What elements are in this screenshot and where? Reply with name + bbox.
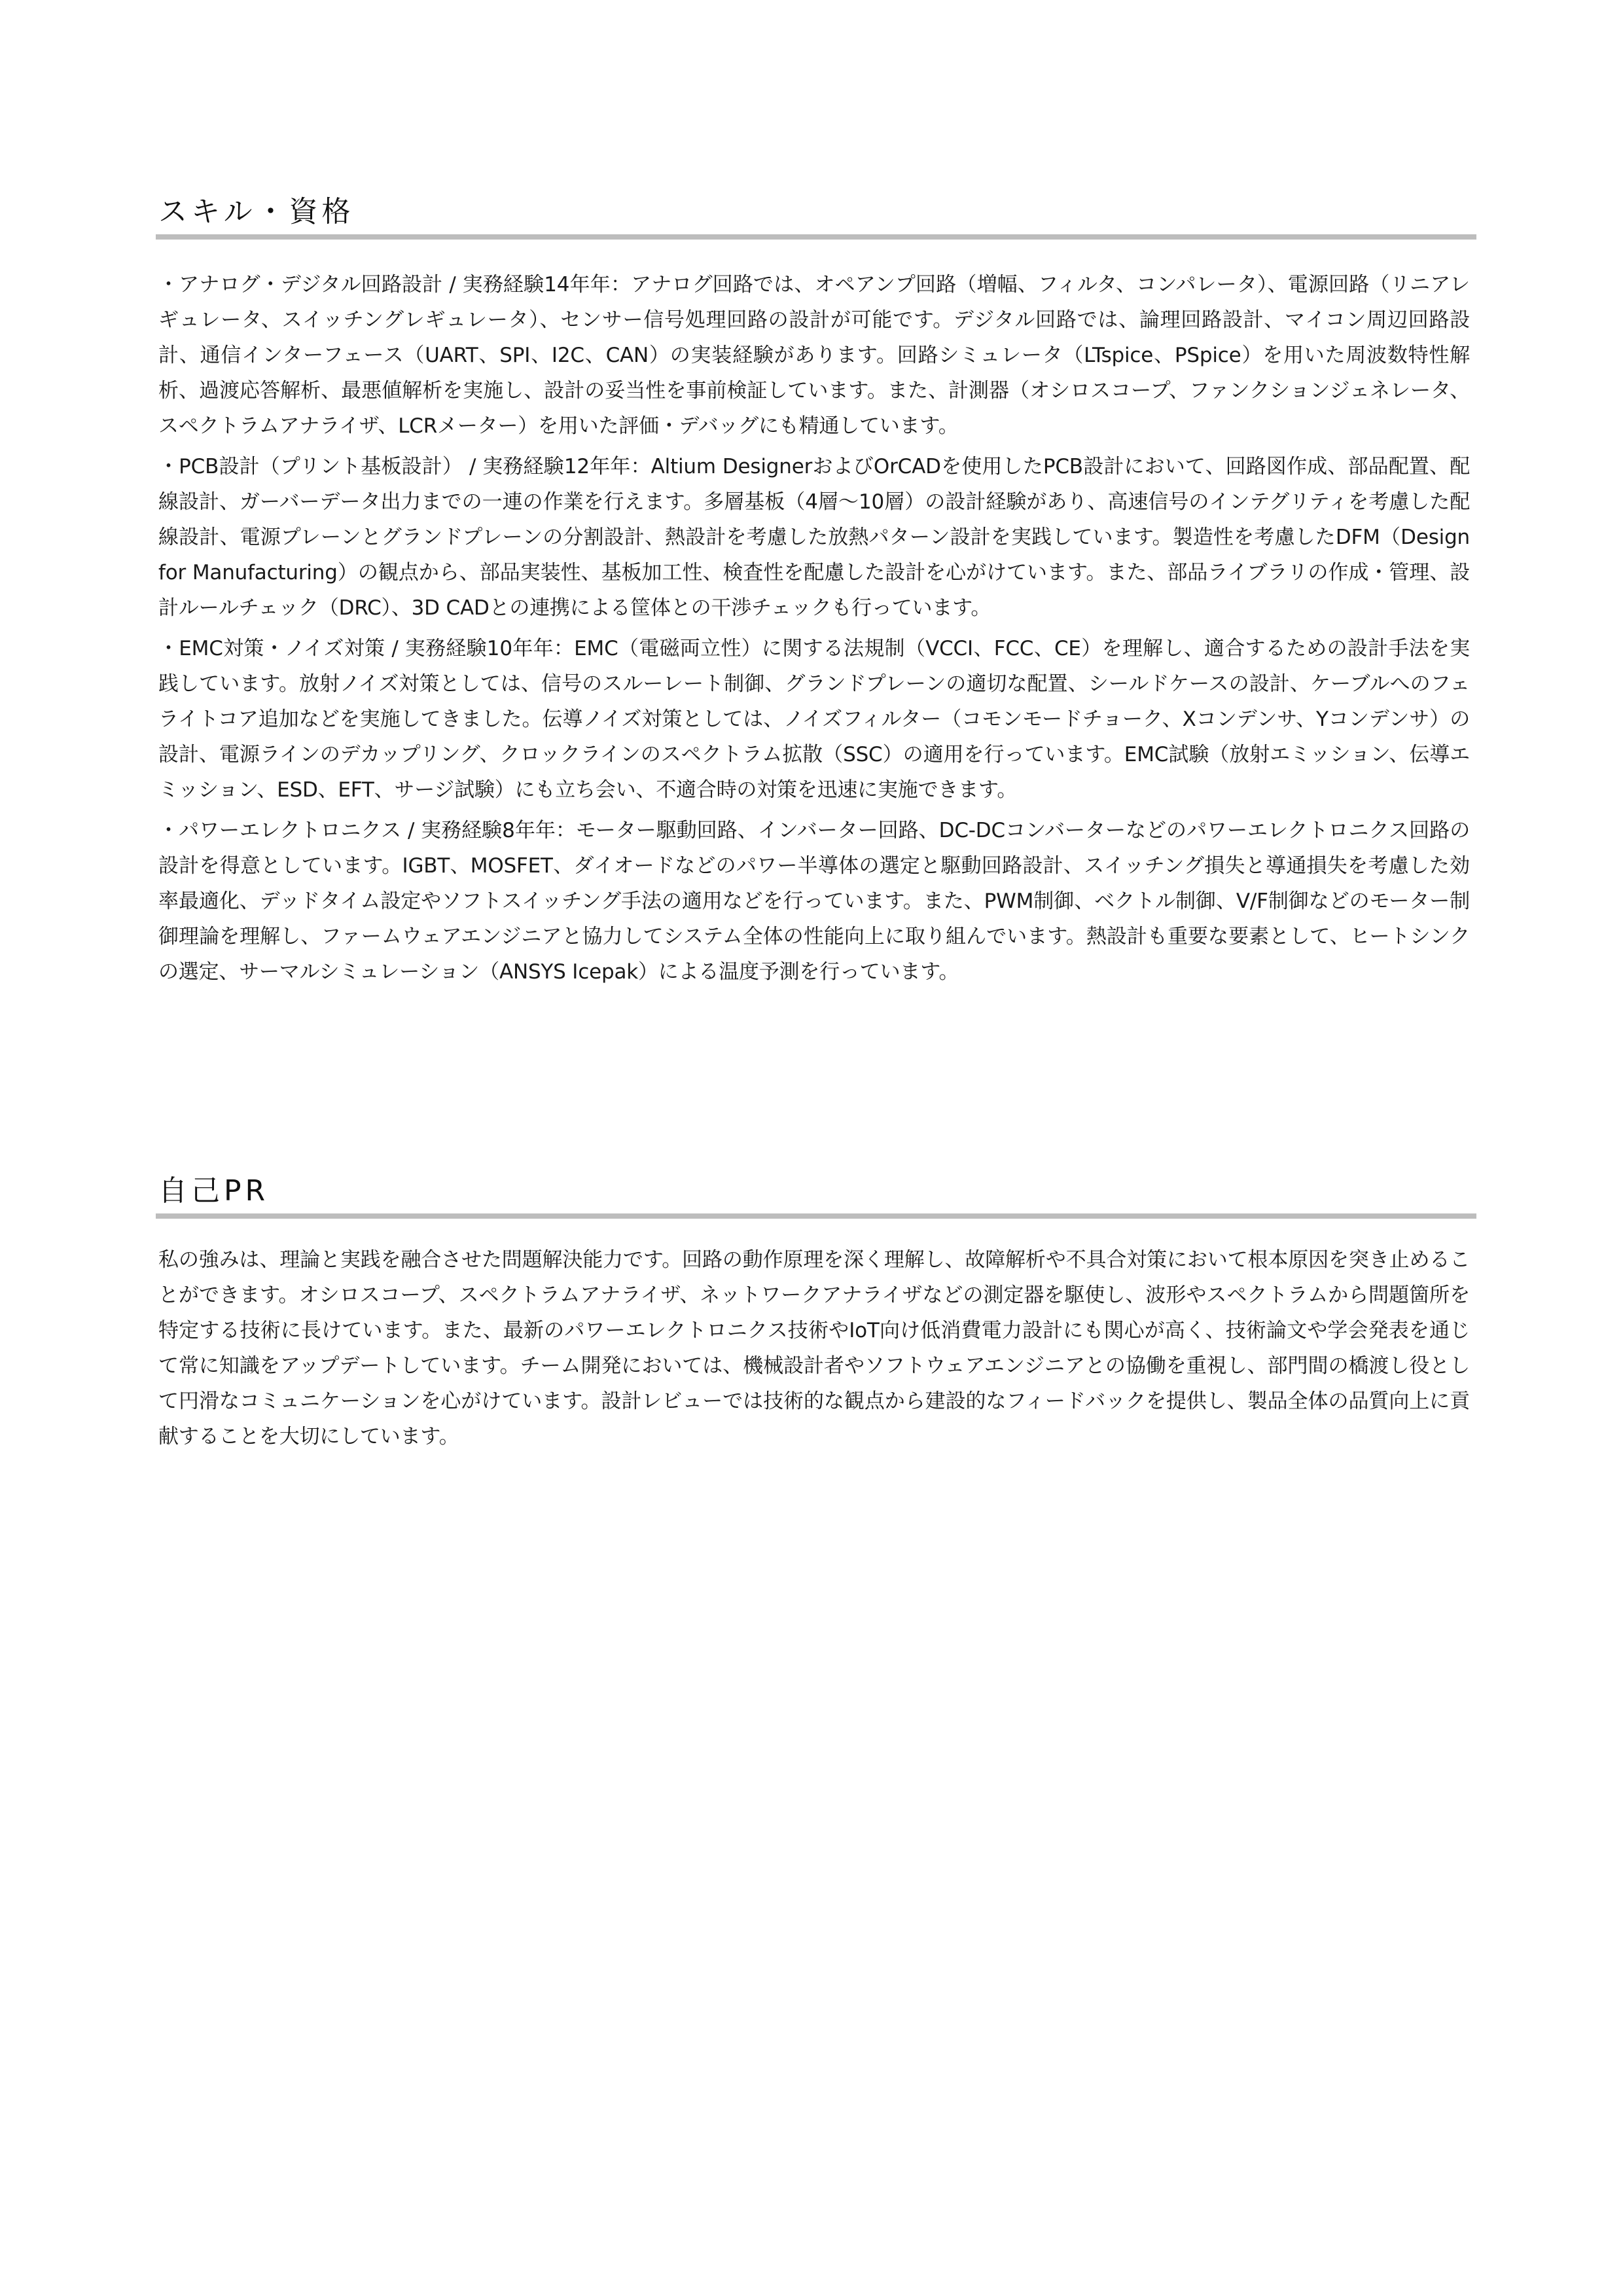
skills-heading: スキル・資格 xyxy=(156,194,1476,230)
skill-item-pcb-design: ・PCB設計（プリント基板設計） / 実務経験12年年：Altium Desig… xyxy=(158,449,1470,626)
skill-item-emc: ・EMC対策・ノイズ対策 / 実務経験10年年：EMC（電磁両立性）に関する法規… xyxy=(158,631,1470,808)
skills-section: スキル・資格 ・アナログ・デジタル回路設計 / 実務経験14年年：アナログ回路で… xyxy=(156,194,1476,995)
self-pr-heading-rule xyxy=(156,1213,1476,1219)
skills-list: ・アナログ・デジタル回路設計 / 実務経験14年年：アナログ回路では、オペアンプ… xyxy=(156,267,1476,990)
skill-item-power-electronics: ・パワーエレクトロニクス / 実務経験8年年：モーター駆動回路、インバーター回路… xyxy=(158,813,1470,990)
self-pr-section: 自己PR 私の強みは、理論と実践を融合させた問題解決能力です。回路の動作原理を深… xyxy=(156,1173,1476,1454)
self-pr-heading: 自己PR xyxy=(156,1173,1476,1210)
skill-item-analog-digital: ・アナログ・デジタル回路設計 / 実務経験14年年：アナログ回路では、オペアンプ… xyxy=(158,267,1470,444)
self-pr-body: 私の強みは、理論と実践を融合させた問題解決能力です。回路の動作原理を深く理解し、… xyxy=(156,1242,1476,1454)
skills-heading-rule xyxy=(156,234,1476,240)
